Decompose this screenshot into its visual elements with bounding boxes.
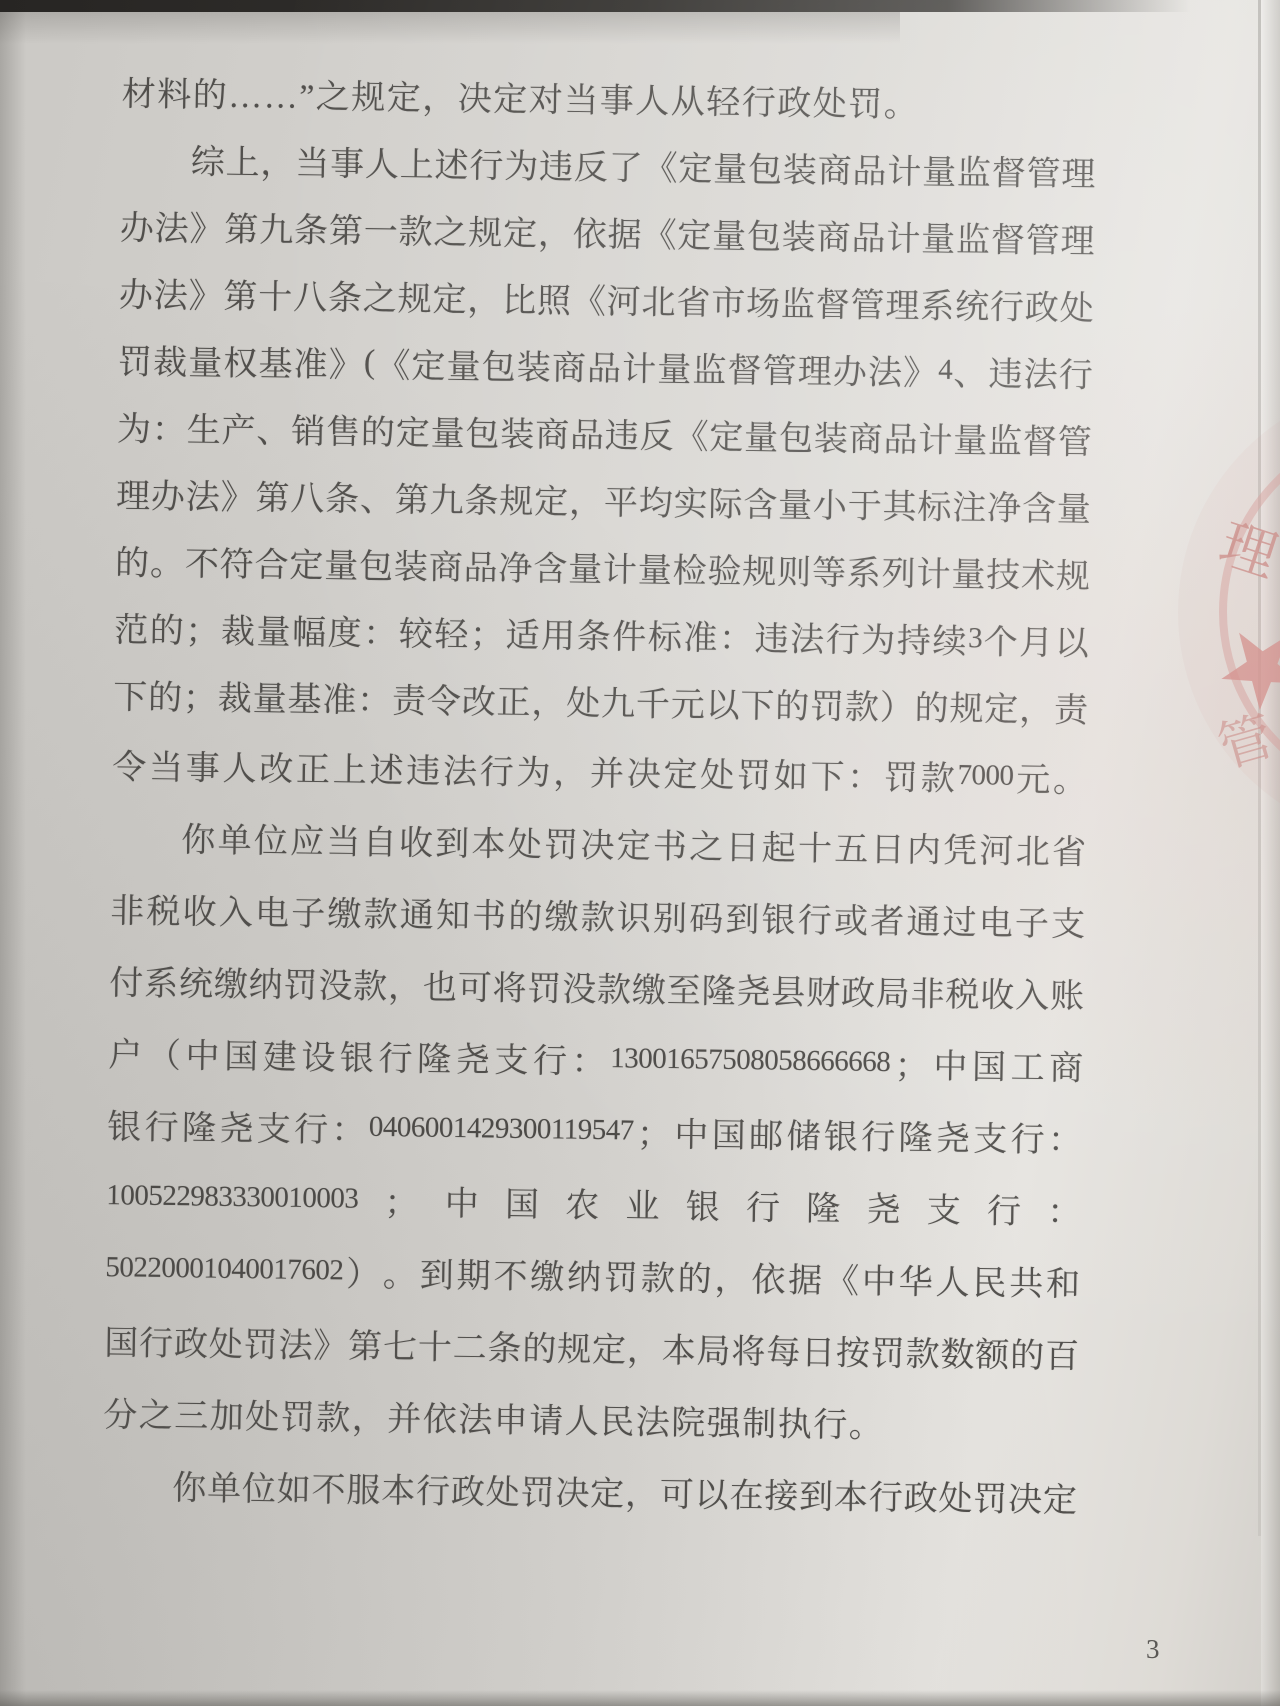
photo-bottom-shadow [0, 1690, 1280, 1706]
text-line: 户（中国建设银行隆尧支行：13001657508058666668；中国工商 [108, 1015, 1084, 1101]
paper-page: 理 管 材料的……”之规定，决定对当事人从轻行政处罚。综上，当事人上述行为违反了… [0, 0, 1280, 1706]
text-line: 非税收入电子缴款通知书的缴款识别码到银行或者通过电子支 [110, 871, 1086, 957]
photo-top-shadow [0, 0, 1280, 12]
text-line: 分之三加处罚款，并依法申请人民法院强制执行。 [103, 1375, 1079, 1461]
document-photo: { "document": { "page_number": "3", "lin… [0, 0, 1280, 1706]
text-line: 令当事人改正上述违法行为，并决定处罚如下：罚款7000元。 [112, 727, 1088, 813]
text-line: 国行政处罚法》第七十二条的规定，本局将每日按罚款数额的百 [104, 1303, 1080, 1389]
text-line: 100522983330010003；中国农业银行隆尧支行： [106, 1159, 1082, 1245]
page-number: 3 [1146, 1634, 1161, 1665]
document-body: 材料的……”之规定，决定对当事人从轻行政处罚。综上，当事人上述行为违反了《定量包… [102, 57, 1097, 1532]
text-line: 银行隆尧支行：0406001429300119547；中国邮储银行隆尧支行： [107, 1087, 1083, 1173]
photo-left-shadow [0, 0, 26, 1706]
text-line: 你单位如不服本行政处罚决定，可以在接到本行政处罚决定 [102, 1447, 1078, 1533]
paper-right-edge [1261, 0, 1280, 1706]
text-line: 50220001040017602）。到期不缴纳罚款的，依据《中华人民共和 [105, 1231, 1081, 1317]
text-line: 付系统缴纳罚没款，也可将罚没款缴至隆尧县财政局非税收入账 [109, 943, 1085, 1029]
photo-top-soft-shadow [0, 10, 900, 44]
text-line: 你单位应当自收到本处罚决定书之日起十五日内凭河北省 [111, 799, 1087, 885]
